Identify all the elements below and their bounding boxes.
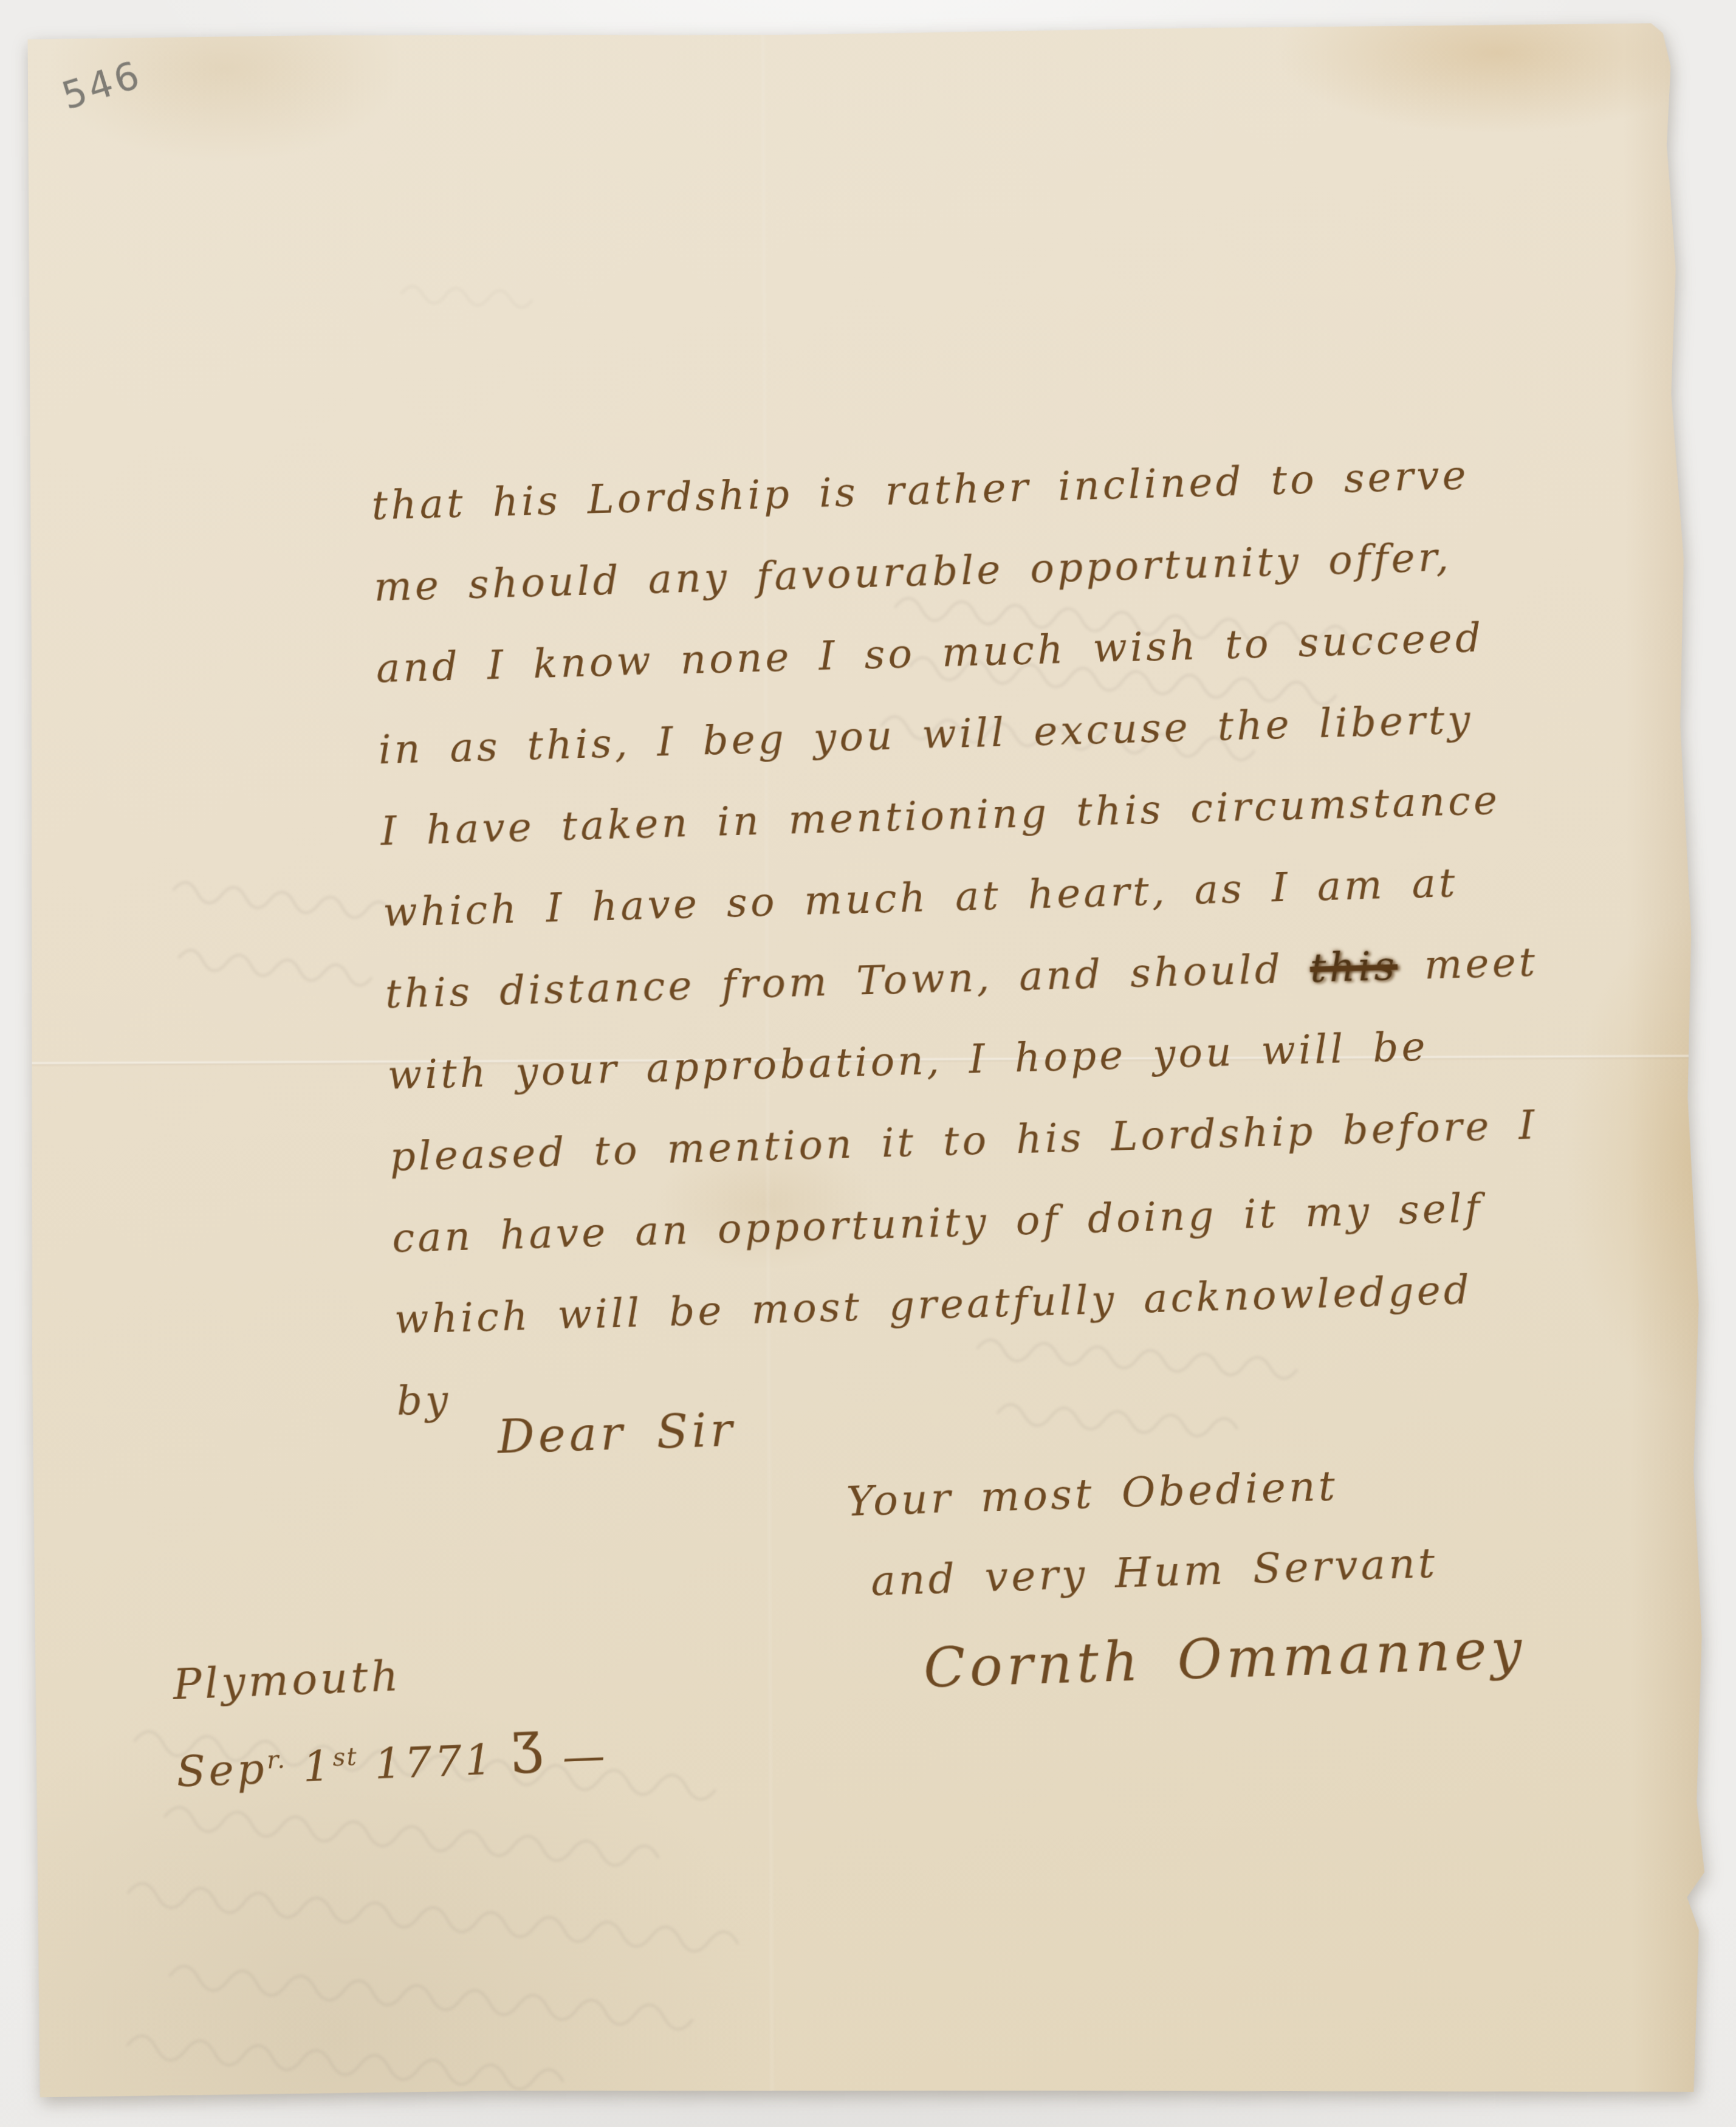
dash-mark: — (561, 1730, 606, 1782)
struck-word: this (1309, 943, 1398, 992)
date-day-superscript: st (332, 1742, 359, 1772)
letter-sheet-wrapper: 546 that his Lordship is rather inclined… (24, 21, 1707, 2099)
dateline-block: Plymouth Sepr. 1st 1771 Ʒ — (171, 1628, 606, 1812)
date-day: 1 (286, 1741, 334, 1793)
date-month-superscript: r. (266, 1745, 287, 1775)
letter-body: that his Lordship is rather inclined to … (371, 429, 1686, 1442)
date-year: 1771 (357, 1735, 496, 1790)
letter-sheet: 546 that his Lordship is rather inclined… (24, 21, 1707, 2099)
date-line: Sepr. 1st 1771 Ʒ — (174, 1707, 606, 1812)
photograph-background: 546 that his Lordship is rather inclined… (0, 0, 1736, 2127)
closing-block: Your most Obedient and very Hum Servant … (845, 1440, 1528, 1711)
date-month: Sep (176, 1744, 268, 1797)
salutation: Dear Sir (496, 1403, 736, 1464)
flourish-mark: Ʒ (510, 1720, 547, 1787)
